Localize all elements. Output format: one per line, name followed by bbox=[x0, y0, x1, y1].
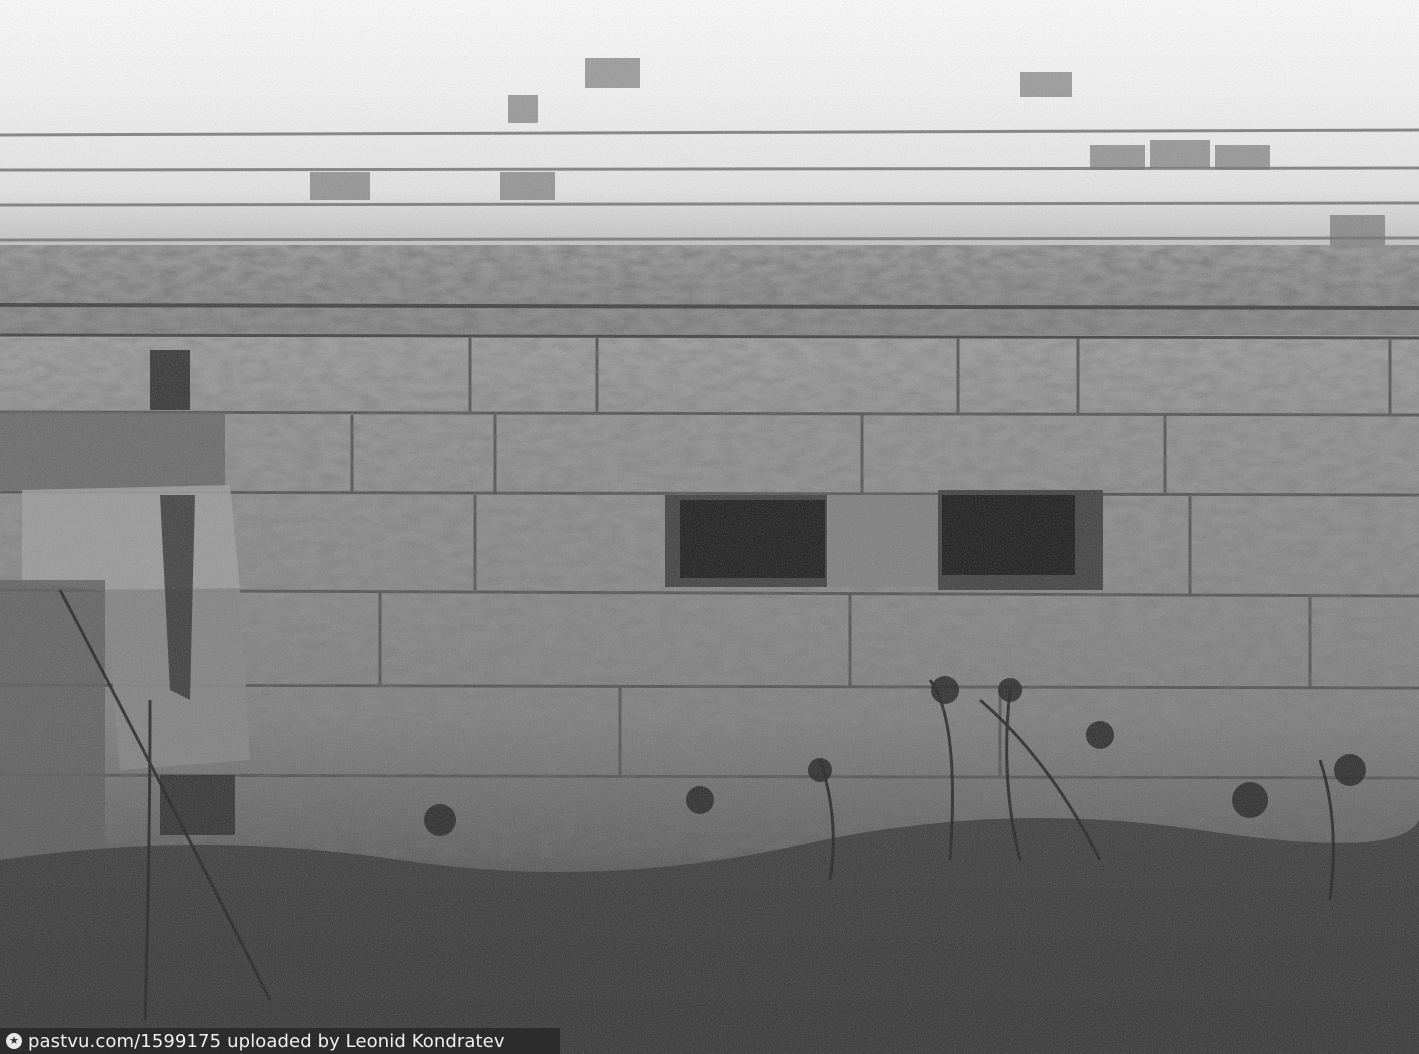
watermark-site[interactable]: pastvu.com/1599175 bbox=[28, 1031, 221, 1052]
wall-scene bbox=[0, 0, 1419, 1054]
photograph bbox=[0, 0, 1419, 1054]
watermark-uploader: uploaded by Leonid Kondratev bbox=[227, 1031, 504, 1052]
pastvu-star-icon: ★ bbox=[6, 1033, 22, 1049]
watermark-bar: ★ pastvu.com/1599175 uploaded by Leonid … bbox=[0, 1028, 560, 1054]
